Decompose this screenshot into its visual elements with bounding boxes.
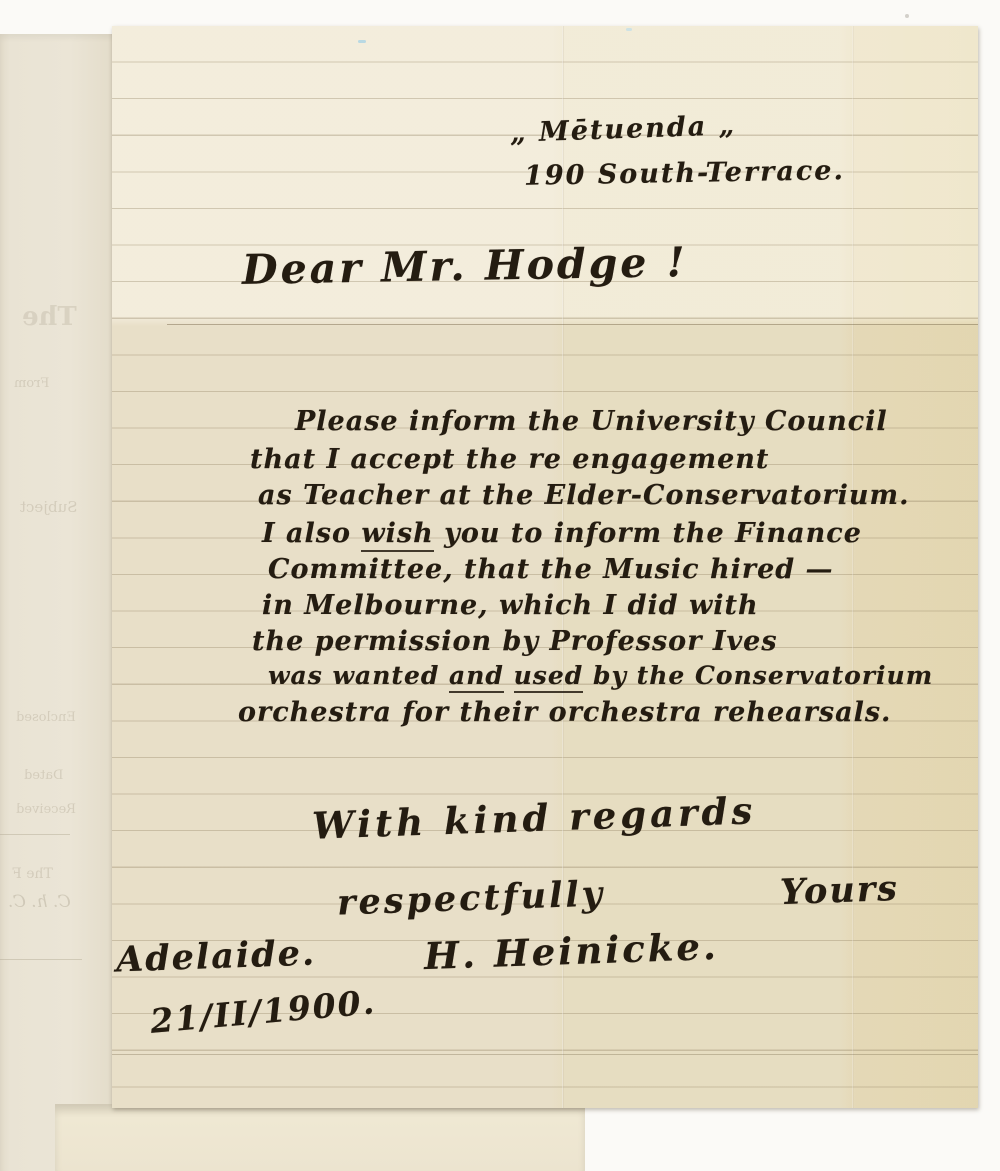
address-house-name: „ Mētuenda „ xyxy=(510,110,737,149)
body-line-4-pre: I also xyxy=(262,518,361,549)
body-line-8-underlined-word-and: and xyxy=(449,661,504,693)
ghost-text: Dated xyxy=(24,768,63,783)
body-line-2: that I accept the re engagement xyxy=(250,444,769,475)
date: 21/II/1900. xyxy=(149,982,378,1041)
scanned-letter-page: { "letter": { "address": { "line1": "\u2… xyxy=(0,0,1000,1171)
address-street: 190 South-Terrace. xyxy=(524,155,845,192)
ghost-rule xyxy=(0,959,82,960)
closing-yours: Yours xyxy=(779,868,899,913)
body-line-4-post: you to inform the Finance xyxy=(434,518,862,549)
fold-crease-horizontal xyxy=(167,324,978,325)
body-line-8-space xyxy=(504,661,514,690)
ghost-handwriting: C. h. C. xyxy=(8,892,71,912)
ghost-text: Enclosed xyxy=(16,710,76,725)
closing-regards: With kind regards xyxy=(311,788,757,847)
scan-speck xyxy=(358,40,366,43)
body-line-3: as Teacher at the Elder-Conservatorium. xyxy=(258,480,909,511)
under-sheet-bottom xyxy=(55,1104,585,1171)
ghost-text: Subject xyxy=(20,498,78,516)
body-line-7: the permission by Professor Ives xyxy=(252,626,778,657)
scan-speck xyxy=(626,28,632,31)
body-line-9: orchestra for their orchestra rehearsals… xyxy=(238,697,891,728)
body-line-1: Please inform the University Council xyxy=(295,406,888,437)
fold-crease-vertical xyxy=(852,26,854,1108)
salutation: Dear Mr. Hodge ! xyxy=(242,238,688,294)
body-line-8-post: by the Conservatorium xyxy=(583,661,933,690)
body-line-6: in Melbourne, which I did with xyxy=(262,590,759,621)
body-line-4-underlined-word: wish xyxy=(361,518,433,552)
closing-respectfully: respectfully xyxy=(336,873,605,923)
letter-sheet: „ Mētuenda „ 190 South-Terrace. Dear Mr.… xyxy=(112,26,978,1108)
body-line-8: was wanted and used by the Conservatoriu… xyxy=(268,661,933,690)
body-line-8-pre: was wanted xyxy=(268,661,449,690)
place-adelaide: Adelaide. xyxy=(115,933,316,981)
body-line-5: Committee, that the Music hired — xyxy=(268,554,834,585)
under-sheet-left: The From Subject Enclosed Dated Received… xyxy=(0,34,118,1171)
ghost-rule xyxy=(0,834,70,835)
ghost-text: Received xyxy=(16,802,76,817)
body-line-8-underlined-word-used: used xyxy=(514,661,584,693)
body-line-4: I also wish you to inform the Finance xyxy=(262,518,862,549)
ghost-text: The xyxy=(22,302,77,332)
fold-crease-horizontal xyxy=(112,1054,978,1055)
ghost-text: From xyxy=(14,376,49,391)
ghost-text: The F xyxy=(12,866,53,882)
scan-speck xyxy=(905,14,909,18)
signature: H. Heinicke. xyxy=(423,924,719,978)
